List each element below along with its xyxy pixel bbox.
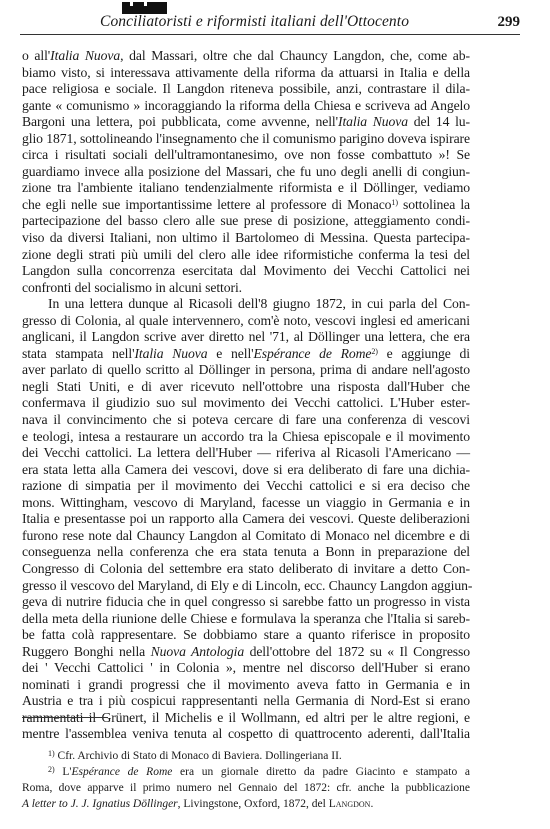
running-header: Conciliatoristi e riformisti italiani de… [100,13,520,33]
author-name: Langdon [329,798,371,810]
line-text: dell'ottobre del 1872 su « Il Congresso [244,644,470,659]
line-text: stata stampata nell' [22,346,134,361]
footnote-1: 1) Cfr. Archivio di Stato di Monaco di B… [22,748,470,764]
text-line: zione degli strati più umili del clero a… [22,247,470,264]
footnote-text: . [370,798,373,810]
header-rule [20,34,520,35]
line-text: e aggiunge di [378,346,470,361]
line-text: viso da diversi Italiani, non ultimo il … [22,230,470,245]
text-line: dei Vecchi cattolici. La lettera dell'Hu… [22,445,470,462]
footnote-rule [22,717,108,718]
text-line: gresso il vescovo del Maryland, di Ely e… [22,578,470,595]
line-text: razione di simpatia per il movimento dei… [22,478,470,493]
line-text: mons. Wittingham, vescovo di Maryland, f… [22,495,470,510]
text-line: che egli nelle sue importantissime lette… [22,197,470,214]
line-text: e teologi, intesa a restaurare un accord… [22,429,470,444]
text-line: della meta della riunione delle Chiese e… [22,611,470,628]
line-text: be fatta colà rappresentare. Se dobbiamo… [22,627,470,642]
text-line: Bargoni una lettera, poi pubblicata, com… [22,114,470,131]
text-line: e teologi, intesa a restaurare un accord… [22,429,470,446]
text-line: nominati i grandi progressi che il movim… [22,677,470,694]
text-line: stata stampata nell'Italia Nuova e nell'… [22,346,470,363]
footnote-text: Cfr. Archivio di Stato di Monaco di Bavi… [55,750,342,762]
text-line: confermava il giudizio suo sul movimento… [22,395,470,412]
text-line: Italia e presentasse poi un rapporto all… [22,511,470,528]
italic-title: Italia Nuova [338,114,408,129]
text-line: guardiamo invece alla posizione del Mass… [22,164,470,181]
text-line: glio 1871, sottolineando l'insegnamento … [22,131,470,148]
footnote-text: era un giornale diretto da padre Giacint… [172,766,470,778]
text-line: negli Stati Uniti, e di aver ricevuto ne… [22,379,470,396]
text-line: In una lettera dunque al Ricasoli dell'8… [22,296,470,313]
italic-title: Italia Nuova [50,48,120,63]
line-text: della meta della riunione delle Chiese e… [22,611,470,626]
italic-title: Espérance de Rome [254,346,372,361]
text-line: mentre l'assemblea veniva tenuta al cosp… [22,726,470,743]
line-text: dei Vecchi cattolici. La lettera dell'Hu… [22,445,470,460]
line-text: aver parlato di quello scritto al Döllin… [22,362,470,377]
text-line: viso da diversi Italiani, non ultimo il … [22,230,470,247]
text-line: partecipazione del basso clero alle sue … [22,213,470,230]
line-text: partecipazione del basso clero alle sue … [22,213,470,228]
line-text: Austria e tra i più cospicui rappresenta… [22,693,470,708]
line-text: circa i risultati sociali dell'ultramont… [22,147,470,162]
text-line: furono rese note dal Chauncy Langdon al … [22,528,470,545]
line-text: zione tra l'ambiente italiano tendenzial… [22,180,470,195]
italic-title: Espérance de Rome [71,766,172,778]
line-text: o all' [22,48,50,63]
line-text: Congresso di Colonia del settembre era s… [22,561,470,576]
line-text: anglicani, il Langdon scrive aver dirett… [22,329,470,344]
line-text: nominati i grandi progressi che il movim… [22,677,470,692]
footnote-text: L' [55,766,72,778]
text-line: nava il convincimento che si poteva cerc… [22,412,470,429]
line-text: glio 1871, sottolineando l'insegnamento … [22,131,470,146]
line-text: gante « comunismo » incoraggiando la rif… [22,98,470,113]
line-text: geva di nutrire fiducia che in quel cong… [22,594,470,609]
footnote-text: , Livingstone, Oxford, 1872, del [178,798,329,810]
line-text: confronti del socialismo in alcuni setto… [22,280,242,295]
line-text: In una lettera dunque al Ricasoli dell'8… [48,296,470,311]
book-page: Conciliatoristi e riformisti italiani de… [0,0,550,829]
line-text: Bargoni una lettera, poi pubblicata, com… [22,114,338,129]
footnote-2: 2) L'Espérance de Rome era un giornale d… [22,764,470,780]
line-text: biamo visto, si interessava attivamente … [22,65,470,80]
line-text: Italia e presentasse poi un rapporto all… [22,511,470,526]
italic-title: Nuova Antologia [151,644,245,659]
line-text: gresso il vescovo del Maryland, di Ely e… [22,578,472,593]
footnote-ref: 1) [391,198,397,207]
line-text: sottolinea la [398,197,470,212]
footnotes: 1) Cfr. Archivio di Stato di Monaco di B… [22,748,470,812]
running-title: Conciliatoristi e riformisti italiani de… [100,13,409,31]
line-text: del 14 lu- [408,114,470,129]
text-line: dei ' Vecchi Cattolici ' in Colonia », m… [22,660,470,677]
line-text: pace religiosa e sociale. Il Langdon rit… [22,81,470,96]
text-line: conseguenza nella conferenza che era sta… [22,544,470,561]
line-text: nava il convincimento che si poteva cerc… [22,412,470,427]
line-text: , dal Massari, oltre che dal Chauncy Lan… [120,48,470,63]
text-line: Austria e tra i più cospicui rappresenta… [22,693,470,710]
text-line: Langdon sulla concorrenza esercitata dal… [22,263,470,280]
text-line: o all'Italia Nuova, dal Massari, oltre c… [22,48,470,65]
text-line: biamo visto, si interessava attivamente … [22,65,470,82]
line-text: Langdon sulla concorrenza esercitata dal… [22,263,470,278]
text-line: be fatta colà rappresentare. Se dobbiamo… [22,627,470,644]
line-text: che egli nelle sue importantissime lette… [22,197,391,212]
footnote-ref: 2) [371,347,377,356]
text-line: Ruggero Bonghi nella Nuova Antologia del… [22,644,470,661]
line-text: mentre l'assemblea veniva tenuta al cosp… [22,726,470,741]
text-line: zione tra l'ambiente italiano tendenzial… [22,180,470,197]
italic-title: Italia Nuova [134,346,207,361]
text-line: rammentati il Grünert, il Michelis e il … [22,710,470,727]
line-text: negli Stati Uniti, e di aver ricevuto ne… [22,379,470,394]
text-line: aver parlato di quello scritto al Döllin… [22,362,470,379]
line-text: Ruggero Bonghi nella [22,644,151,659]
footnote-2-line-3: A letter to J. J. Ignatius Döllinger, Li… [22,796,470,812]
text-line: pace religiosa e sociale. Il Langdon rit… [22,81,470,98]
line-text: confermava il giudizio suo sul movimento… [22,395,470,410]
line-text: conseguenza nella conferenza che era sta… [22,544,470,559]
line-text: zione degli strati più umili del clero a… [22,247,470,262]
text-line: geva di nutrire fiducia che in quel cong… [22,594,470,611]
text-line: Congresso di Colonia del settembre era s… [22,561,470,578]
body-text: o all'Italia Nuova, dal Massari, oltre c… [22,48,470,743]
italic-title: A letter to J. J. Ignatius Döllinger [22,798,178,810]
text-line: razione di simpatia per il movimento dei… [22,478,470,495]
text-line: confronti del socialismo in alcuni setto… [22,280,470,297]
footnote-2-line-2: Roma, dove apparve il primo numero nel G… [22,780,470,796]
text-line: gresso di Colonia, al quale intervennero… [22,313,470,330]
line-text: dei ' Vecchi Cattolici ' in Colonia », m… [22,660,470,675]
text-line: anglicani, il Langdon scrive aver dirett… [22,329,470,346]
text-line: circa i risultati sociali dell'ultramont… [22,147,470,164]
text-line: gante « comunismo » incoraggiando la rif… [22,98,470,115]
text-line: mons. Wittingham, vescovo di Maryland, f… [22,495,470,512]
text-line: era stata letta alla Camera dei vescovi,… [22,462,470,479]
page-number: 299 [498,14,521,31]
line-text: e nell' [208,346,254,361]
line-text: era stata letta alla Camera dei vescovi,… [22,462,470,477]
line-text: guardiamo invece alla posizione del Mass… [22,164,470,179]
footnote-marker: 2) [48,765,55,774]
line-text: furono rese note dal Chauncy Langdon al … [22,528,470,543]
footnote-marker: 1) [48,749,55,758]
line-text: gresso di Colonia, al quale intervennero… [22,313,470,328]
